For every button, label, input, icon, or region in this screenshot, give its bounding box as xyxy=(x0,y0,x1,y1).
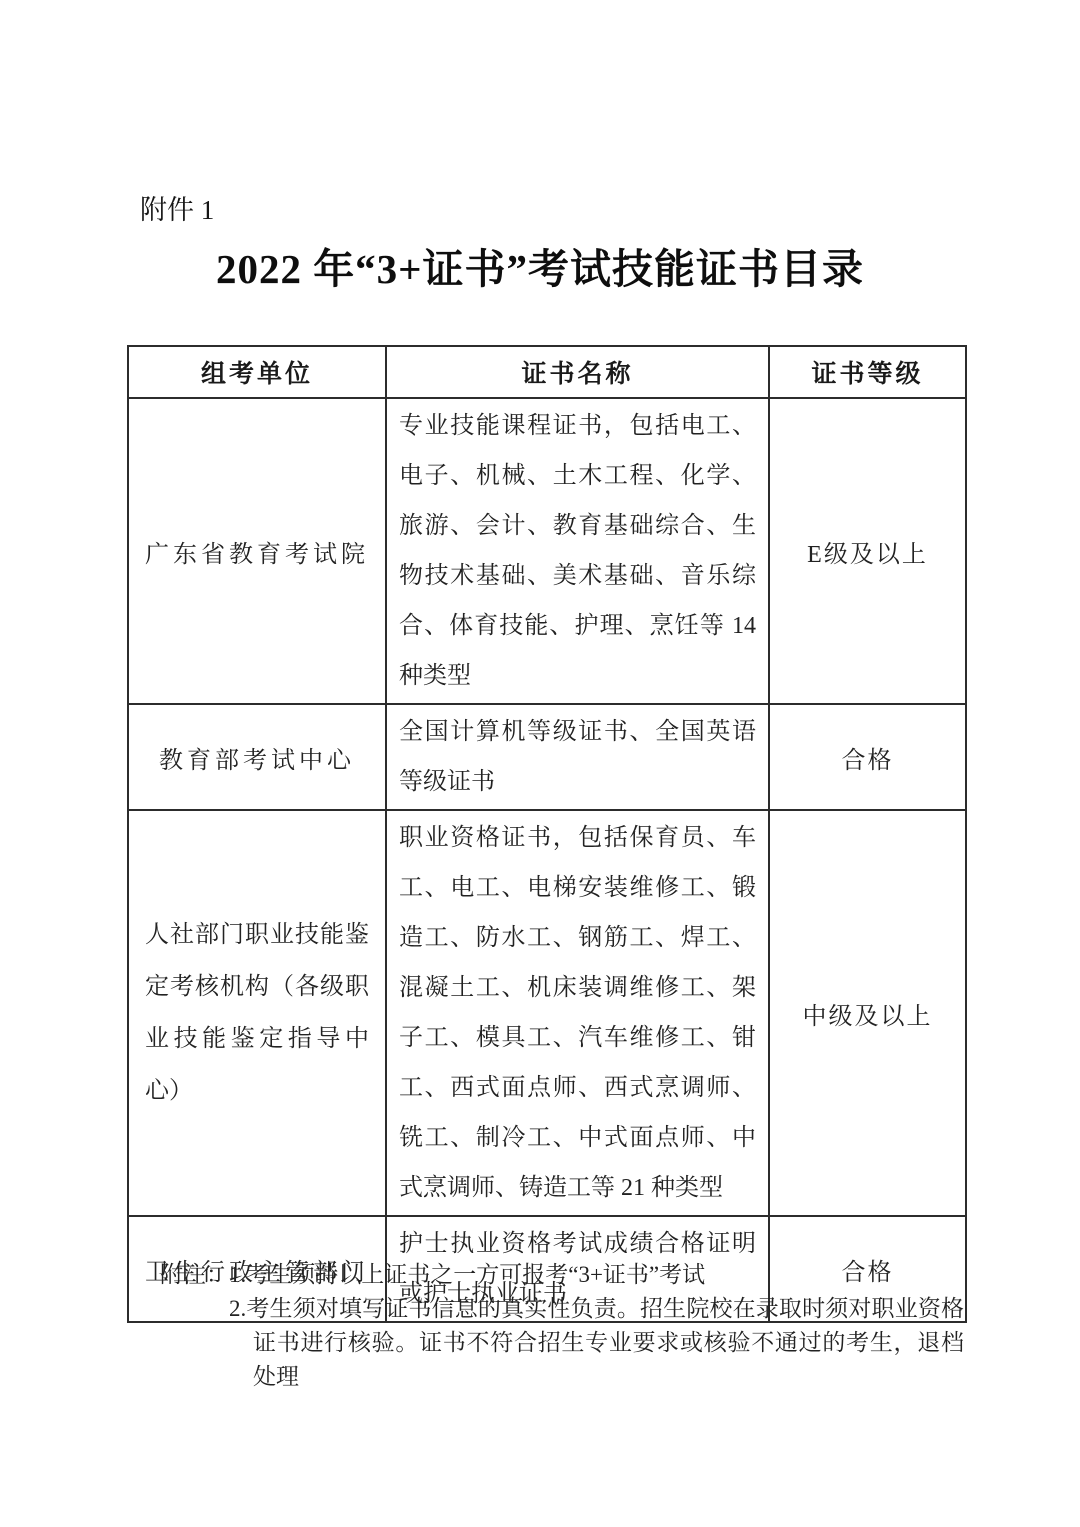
table-header-row: 组考单位 证书名称 证书等级 xyxy=(128,346,966,398)
column-header-cert-level: 证书等级 xyxy=(769,346,966,398)
cert-name-cell: 专业技能课程证书，包括电工、电子、机械、土木工程、化学、旅游、会计、教育基础综合… xyxy=(386,398,769,704)
footnotes: 附注： 1.考生须持以上证书之一方可报考“3+证书”考试 2.考生须对填写证书信… xyxy=(160,1258,970,1394)
footnotes-label: 附注： xyxy=(160,1258,229,1292)
cert-name-cell: 全国计算机等级证书、全国英语等级证书 xyxy=(386,704,769,810)
table-row: 教育部考试中心 全国计算机等级证书、全国英语等级证书 合格 xyxy=(128,704,966,810)
certificate-table: 组考单位 证书名称 证书等级 广东省教育考试院 专业技能课程证书，包括电工、电子… xyxy=(127,345,967,1323)
footnote-item-1: 1.考生须持以上证书之一方可报考“3+证书”考试 xyxy=(229,1258,964,1292)
exam-unit-cell: 广东省教育考试院 xyxy=(128,398,386,704)
cert-name-cell: 职业资格证书，包括保育员、车工、电工、电梯安装维修工、锻造工、防水工、钢筋工、焊… xyxy=(386,810,769,1216)
footnote-item-2: 2.考生须对填写证书信息的真实性负责。招生院校在录取时须对职业资格证书进行核验。… xyxy=(229,1292,964,1394)
column-header-cert-name: 证书名称 xyxy=(386,346,769,398)
footnotes-body: 1.考生须持以上证书之一方可报考“3+证书”考试 2.考生须对填写证书信息的真实… xyxy=(229,1258,964,1394)
cert-level-cell: 中级及以上 xyxy=(769,810,966,1216)
table-row: 广东省教育考试院 专业技能课程证书，包括电工、电子、机械、土木工程、化学、旅游、… xyxy=(128,398,966,704)
exam-unit-cell: 教育部考试中心 xyxy=(128,704,386,810)
page-title: 2022 年“3+证书”考试技能证书目录 xyxy=(0,236,1080,295)
exam-unit-cell: 人社部门职业技能鉴定考核机构（各级职业技能鉴定指导中心） xyxy=(128,810,386,1216)
table-row: 人社部门职业技能鉴定考核机构（各级职业技能鉴定指导中心） 职业资格证书，包括保育… xyxy=(128,810,966,1216)
cert-level-cell: 合格 xyxy=(769,704,966,810)
column-header-exam-unit: 组考单位 xyxy=(128,346,386,398)
attachment-label: 附件 1 xyxy=(140,188,214,227)
cert-level-cell: E级及以上 xyxy=(769,398,966,704)
document-page: 附件 1 2022 年“3+证书”考试技能证书目录 组考单位 证书名称 证书等级… xyxy=(0,0,1080,1527)
